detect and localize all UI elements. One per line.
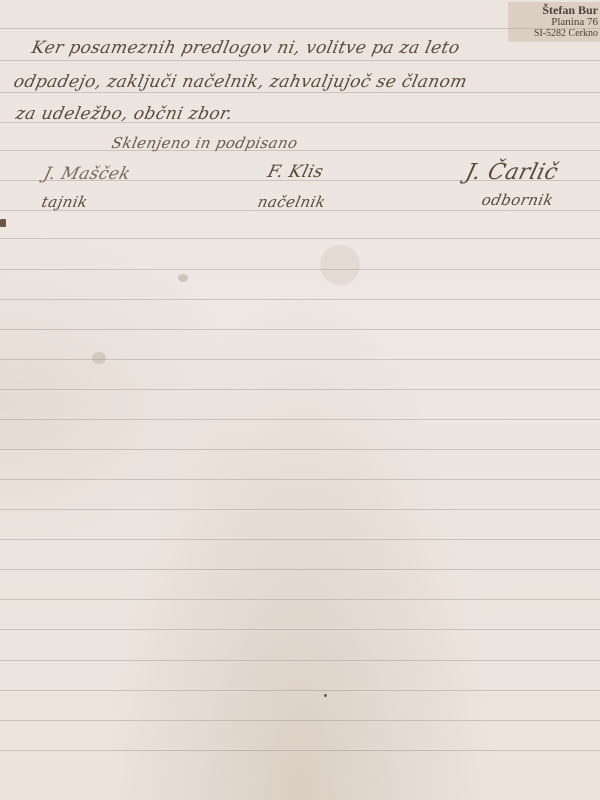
ruled-line <box>0 569 600 570</box>
stain-spot <box>324 694 327 697</box>
ruled-line <box>0 539 600 540</box>
ruled-line <box>0 629 600 630</box>
ruled-line <box>0 60 600 61</box>
ruled-line <box>0 238 600 239</box>
stamp-postcode: SI-5282 Cerkno <box>512 28 598 40</box>
ruled-line <box>0 389 600 390</box>
stamp-street: Planina 76 <box>512 16 598 28</box>
ruled-line <box>0 419 600 420</box>
ruled-line <box>0 92 600 93</box>
ruled-line <box>0 750 600 751</box>
role-secretary: tajnik <box>40 193 89 211</box>
signature-board-member: J. Čarlič <box>463 160 561 185</box>
stamp-name: Štefan Bur <box>512 4 598 16</box>
body-line-1: Ker posameznih predlogov ni, volitve pa … <box>30 38 462 58</box>
ruled-line <box>0 299 600 300</box>
address-stamp: Štefan Bur Planina 76 SI-5282 Cerkno <box>508 2 600 42</box>
ruled-line <box>0 509 600 510</box>
body-line-2: odpadejo, zaključi načelnik, zahvaljujoč… <box>12 72 469 92</box>
closing-line: Sklenjeno in podpisano <box>110 134 300 152</box>
ruled-line <box>0 479 600 480</box>
stain-spot <box>0 219 6 227</box>
ruled-line <box>0 690 600 691</box>
ruled-line <box>0 150 600 151</box>
ruled-line <box>0 329 600 330</box>
signature-chairman: F. Klis <box>266 162 326 182</box>
ruled-line <box>0 359 600 360</box>
stain-spot <box>178 274 188 282</box>
ruled-line <box>0 660 600 661</box>
role-board-member: odbornik <box>480 191 555 209</box>
stain-spot <box>320 245 360 285</box>
role-chairman: načelnik <box>256 193 327 211</box>
stain-spot <box>92 352 106 364</box>
signature-secretary: J. Mašček <box>42 164 133 184</box>
document-page: Štefan Bur Planina 76 SI-5282 Cerkno Ker… <box>0 0 600 800</box>
ruled-line <box>0 599 600 600</box>
body-line-3: za udeležbo, občni zbor. <box>14 104 235 124</box>
ruled-line <box>0 269 600 270</box>
ruled-line <box>0 720 600 721</box>
ruled-line <box>0 449 600 450</box>
